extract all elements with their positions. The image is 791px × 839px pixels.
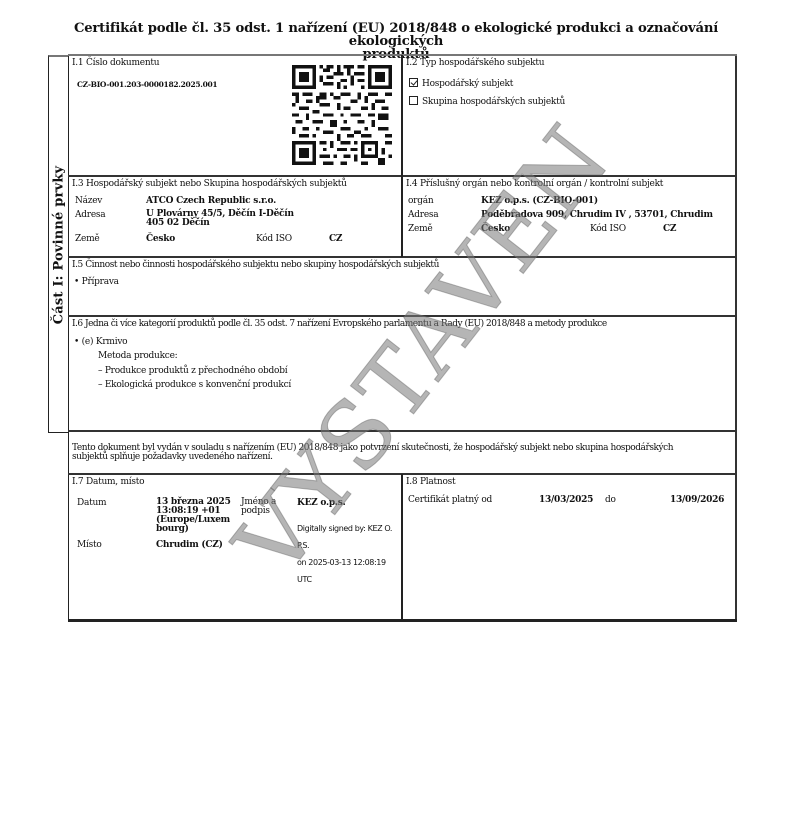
section-1-4: I.4 Příslušný orgán nebo kontrolní orgán…: [403, 177, 735, 256]
date-label: Datum: [77, 498, 106, 509]
authority-country-value: Česko: [481, 224, 510, 235]
statement: Tento dokument byl vydán v souladu s nař…: [69, 432, 735, 473]
section-1-2-heading: I.2 Typ hospodářského subjektu: [406, 58, 544, 69]
operator-address-line2: 405 02 Děčín: [146, 219, 210, 228]
operator-address-label: Adresa: [75, 210, 105, 221]
option-operator[interactable]: Hospodářský subjekt: [409, 78, 513, 90]
production-method-1: – Produkce produktů z přechodného období: [98, 366, 287, 377]
valid-to-label: do: [605, 495, 616, 506]
authority-iso-label: Kód ISO: [590, 224, 626, 235]
production-method-2: – Ekologická produkce s konvenční produk…: [98, 380, 291, 391]
sidebar-label: Část I: Povinné prvky: [52, 165, 67, 324]
authority-address-value: Poděbradova 909, Chrudim IV , 53701, Chr…: [481, 210, 713, 221]
product-category: • (e) Krmivo: [74, 337, 127, 348]
section-1-3-heading: I.3 Hospodářský subjekt nebo Skupina hos…: [72, 179, 347, 190]
qr-code-icon: [292, 65, 392, 165]
activity-item: • Příprava: [74, 277, 119, 288]
section-1-6-heading: I.6 Jedna či více kategorií produktů pod…: [72, 319, 607, 330]
operator-country-value: Česko: [146, 234, 175, 245]
production-method-label: Metoda produkce:: [98, 351, 177, 362]
option-operator-label: Hospodářský subjekt: [422, 79, 513, 89]
valid-from-label: Certifikát platný od: [408, 495, 492, 506]
signature-line-4: UTC: [297, 571, 392, 588]
option-group-label: Skupina hospodářských subjektů: [422, 97, 565, 107]
place-label: Místo: [77, 540, 102, 551]
authority-value: KEZ o.p.s. (CZ-BIO-001): [481, 196, 598, 207]
signature-label-line-2: podpis: [241, 507, 276, 516]
divider-bottom: [68, 619, 737, 622]
authority-label: orgán: [408, 196, 433, 207]
section-1-3: I.3 Hospodářský subjekt nebo Skupina hos…: [69, 177, 401, 256]
operator-iso-label: Kód ISO: [256, 234, 292, 245]
section-1-1-heading: I.1 Číslo dokumentu: [72, 58, 159, 69]
option-group[interactable]: Skupina hospodářských subjektů: [409, 96, 565, 108]
signature-line-2: P.S.: [297, 537, 392, 554]
place-value: Chrudim (CZ): [156, 540, 223, 551]
checkbox-checked-icon[interactable]: [409, 78, 418, 87]
authority-address-label: Adresa: [408, 210, 438, 221]
section-1-7-heading: I.7 Datum, místo: [72, 477, 144, 488]
title-line-1: Certifikát podle čl. 35 odst. 1 nařízení…: [40, 22, 752, 48]
digital-signature: Digitally signed by: KEZ O. P.S. on 2025…: [297, 520, 392, 588]
operator-country-label: Země: [75, 234, 99, 245]
part-sidebar: Část I: Povinné prvky: [48, 55, 69, 433]
date-line-4: bourg): [156, 525, 231, 534]
section-1-7: I.7 Datum, místo Datum 13 března 2025 13…: [69, 475, 401, 619]
signature-label: Jméno a podpis: [241, 498, 276, 516]
operator-name-label: Název: [75, 196, 102, 207]
authority-country-label: Země: [408, 224, 432, 235]
date-value: 13 března 2025 13:08:19 +01 (Europe/Luxe…: [156, 498, 231, 534]
section-1-5: I.5 Činnost nebo činnosti hospodářského …: [69, 258, 735, 315]
authority-iso-value: CZ: [663, 224, 676, 235]
operator-iso-value: CZ: [329, 234, 342, 245]
valid-to-value: 13/09/2026: [670, 495, 724, 506]
signer-name: KEZ o.p.s.: [297, 498, 346, 509]
statement-line-2: subjektů splňuje požadavky uvedeného nař…: [72, 453, 273, 462]
document-number: CZ-BIO-001.203-0000182.2025.001: [77, 79, 217, 90]
section-1-2: I.2 Typ hospodářského subjektu Hospodářs…: [403, 56, 735, 175]
section-1-8-heading: I.8 Platnost: [406, 477, 455, 488]
signature-line-3: on 2025-03-13 12:08:19: [297, 554, 392, 571]
section-1-8: I.8 Platnost Certifikát platný od 13/03/…: [403, 475, 735, 619]
section-1-6: I.6 Jedna či více kategorií produktů pod…: [69, 317, 735, 430]
operator-name-value: ATCO Czech Republic s.r.o.: [146, 196, 276, 207]
valid-from-value: 13/03/2025: [539, 495, 593, 506]
signature-line-1: Digitally signed by: KEZ O.: [297, 520, 392, 537]
section-1-5-heading: I.5 Činnost nebo činnosti hospodářského …: [72, 260, 439, 271]
checkbox-unchecked-icon[interactable]: [409, 96, 418, 105]
section-1-4-heading: I.4 Příslušný orgán nebo kontrolní orgán…: [406, 179, 663, 190]
